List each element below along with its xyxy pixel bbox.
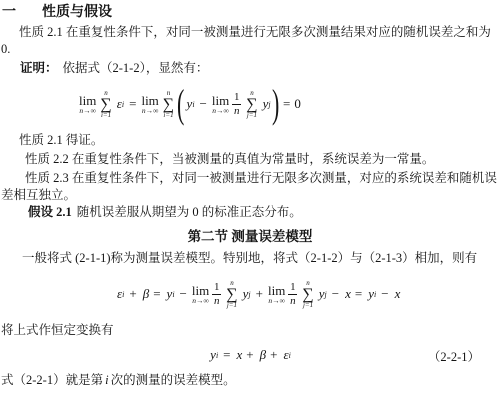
fraction-one-over-n: 1n (288, 282, 297, 307)
fraction-numerator: 1 (290, 282, 296, 293)
fraction-one-over-n: 1n (232, 92, 241, 117)
sigma-icon: ∑ (163, 97, 174, 112)
subscript-i: i (122, 290, 124, 299)
fraction-denominator: n (234, 106, 240, 117)
assumption-label: 假设 2.1 (28, 205, 72, 219)
beta-variable: β (260, 347, 266, 363)
sum-lower-bound: i=1 (101, 112, 111, 119)
paragraph-property-2-1: 性质 2.1 在重复性条件下，对同一被测量进行无限多次测量结果对应的随机误差之和… (0, 24, 500, 41)
sum-lower-bound: j=1 (227, 302, 237, 309)
sigma-icon: ∑ (226, 287, 237, 302)
sum-lower-bound: j=1 (247, 112, 257, 119)
formula-random-error-sum: limn→∞ n∑i=1 εi = limn→∞ n∑i=1 ( yi − li… (78, 82, 500, 126)
sum-operator: n∑j=1 (246, 90, 257, 119)
limit-operator: limn→∞ (192, 284, 209, 305)
lim-subscript: n→∞ (268, 297, 285, 305)
sum-lower-bound: j=1 (303, 302, 313, 309)
formula-error-sum-expansion: εi + β = yi − limn→∞ 1n n∑j=1 yj + limn→… (115, 272, 500, 316)
left-paren: ( (177, 85, 184, 123)
document-page: 一性质与假设 性质 2.1 在重复性条件下，对同一被测量进行无限多次测量结果对应… (0, 0, 500, 395)
subscript-i: i (172, 290, 174, 299)
zero-value: 0 (294, 96, 301, 112)
chapter-heading: 一性质与假设 (2, 4, 500, 21)
beta-variable: β (143, 286, 149, 302)
subscript-i: i (192, 100, 194, 109)
fraction-denominator: n (214, 296, 220, 307)
equation-number: （2-2-1） (428, 347, 480, 365)
heading-title: 性质与假设 (42, 5, 112, 20)
sigma-icon: ∑ (246, 97, 257, 112)
plus-operator: + (246, 347, 253, 363)
assumption-text: 随机误差服从期望为 0 的标准正态分布。 (77, 205, 302, 219)
formula-measurement-model: yi = x + β + εi （2-2-1） (0, 344, 500, 366)
sigma-icon: ∑ (100, 97, 111, 112)
fraction-denominator: n (290, 296, 296, 307)
paragraph-property-2-3: 性质 2.3 在重复性条件下，对同一被测量进行无限多次测量，对应的系统误差和随机… (0, 170, 500, 187)
plus-operator: + (270, 347, 277, 363)
limit-operator: limn→∞ (79, 94, 96, 115)
sum-operator: n∑i=1 (163, 90, 174, 119)
subscript-i: i (374, 290, 376, 299)
lim-symbol: lim (79, 94, 96, 107)
subscript-j: j (325, 290, 327, 299)
limit-operator: limn→∞ (212, 94, 229, 115)
x-variable: x (345, 286, 351, 302)
paragraph-conclusion: 式（2-2-1）就是第i次的测量的误差模型。 (0, 372, 500, 389)
fraction-numerator: 1 (234, 92, 240, 103)
equals-operator: = (153, 286, 160, 302)
proof-label: 证明： (20, 61, 58, 75)
minus-operator: − (332, 286, 339, 302)
equals-operator: = (283, 96, 290, 112)
equals-operator: = (223, 347, 230, 363)
limit-operator: limn→∞ (141, 94, 158, 115)
section-title: 第二节 测量误差模型 (0, 228, 500, 246)
paragraph-transform: 将上式作恒定变换有 (0, 322, 500, 339)
paragraph-model-intro: 一般将式 (2-1-1)称为测量误差模型。特别地，将式（2-1-2）与（2-1-… (0, 250, 500, 267)
sum-operator: n∑i=1 (100, 90, 111, 119)
sum-operator: n∑j=1 (302, 280, 313, 309)
lim-subscript: n→∞ (212, 107, 229, 115)
sigma-icon: ∑ (302, 287, 313, 302)
subscript-j: j (248, 290, 250, 299)
fraction-one-over-n: 1n (212, 282, 221, 307)
lim-symbol: lim (268, 284, 285, 297)
proof-text: 依据式（2-1-2），显然有： (63, 61, 209, 75)
lim-subscript: n→∞ (79, 107, 96, 115)
index-variable: i (105, 373, 108, 387)
subscript-i: i (216, 351, 218, 360)
plus-operator: + (129, 286, 136, 302)
right-paren: ) (272, 85, 279, 123)
x-variable: x (237, 347, 243, 363)
fraction-numerator: 1 (214, 282, 220, 293)
minus-operator: − (180, 286, 187, 302)
equals-operator: = (355, 286, 362, 302)
conclusion-text-end: 次的测量的误差模型。 (111, 373, 236, 387)
conclusion-text-start: 式（2-2-1）就是第 (1, 373, 103, 387)
equals-operator: = (129, 96, 136, 112)
subscript-i: i (122, 100, 124, 109)
lim-symbol: lim (141, 94, 158, 107)
plus-operator: + (256, 286, 263, 302)
subscript-j: j (268, 100, 270, 109)
lim-subscript: n→∞ (142, 107, 159, 115)
heading-number: 一 (2, 4, 16, 21)
paragraph-property-2-3-cont: 差相互独立。 (0, 187, 500, 204)
paragraph-proof: 证明：依据式（2-1-2），显然有： (0, 60, 500, 77)
minus-operator: − (200, 96, 207, 112)
subscript-i: i (289, 351, 291, 360)
lim-subscript: n→∞ (192, 297, 209, 305)
minus-operator: − (381, 286, 388, 302)
paragraph-qed: 性质 2.1 得证。 (0, 132, 500, 149)
sum-lower-bound: i=1 (163, 112, 173, 119)
paragraph-property-2-2: 性质 2.2 在重复性条件下，当被测量的真值为常量时，系统误差为一常量。 (0, 151, 500, 168)
paragraph-assumption-2-1: 假设 2.1随机误差服从期望为 0 的标准正态分布。 (0, 204, 500, 221)
lim-symbol: lim (212, 94, 229, 107)
x-variable: x (395, 286, 401, 302)
paragraph-property-2-1-cont: 0. (0, 41, 500, 58)
limit-operator: limn→∞ (268, 284, 285, 305)
sum-operator: n∑j=1 (226, 280, 237, 309)
lim-symbol: lim (192, 284, 209, 297)
